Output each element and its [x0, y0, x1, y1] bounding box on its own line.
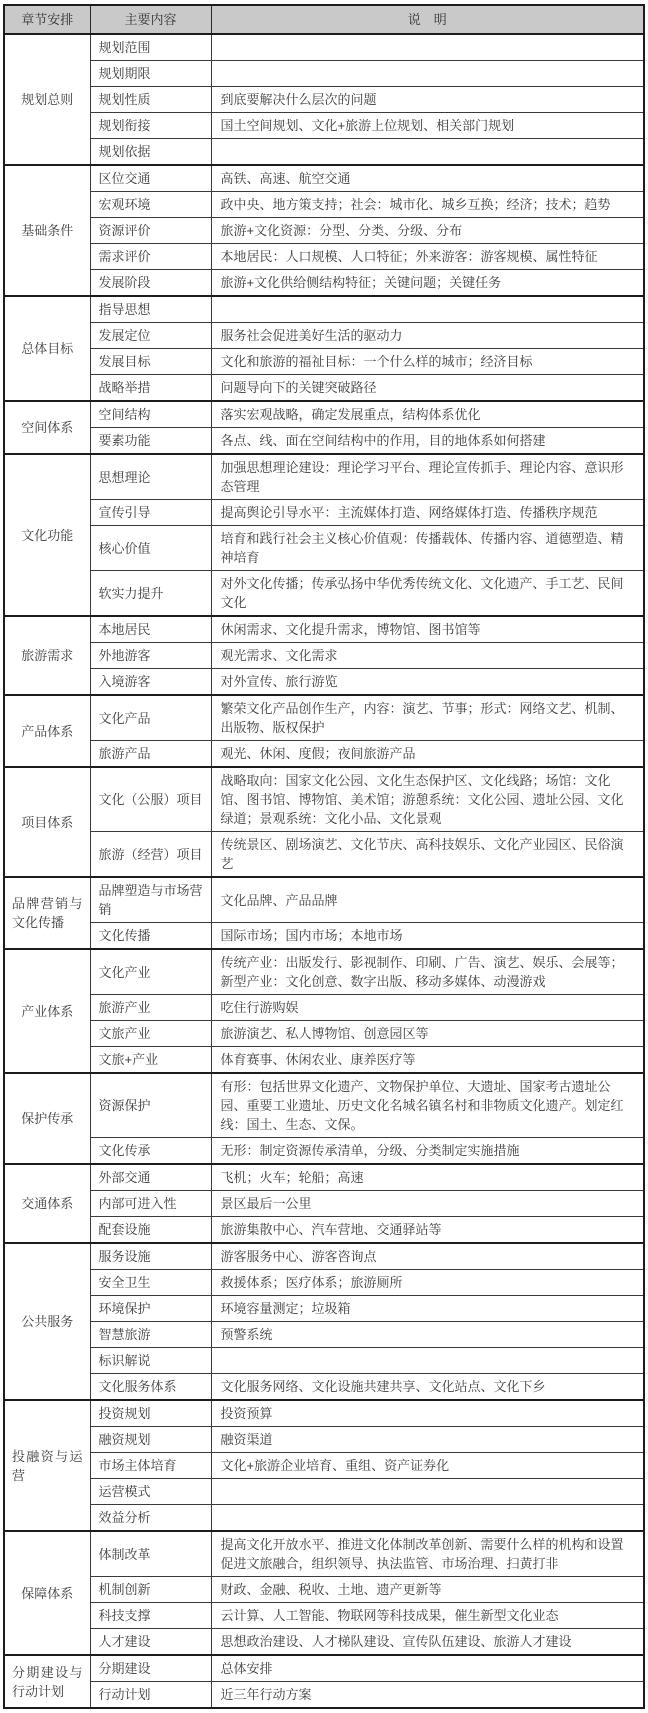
- content-cell: 标识解说: [90, 1348, 211, 1374]
- note-cell: 文化品牌、产品品牌: [211, 877, 644, 923]
- content-cell: 文化产业: [90, 949, 211, 995]
- note-cell: 国际市场；国内市场；本地市场: [211, 923, 644, 950]
- note-cell: 对外宣传、旅行游览: [211, 669, 644, 696]
- note-cell: 救援体系；医疗体系；旅游厕所: [211, 1270, 644, 1296]
- content-cell: 环境保护: [90, 1296, 211, 1322]
- chapter-cell: 品牌营销与文化传播: [4, 877, 90, 949]
- content-cell: 智慧旅游: [90, 1322, 211, 1348]
- content-cell: 机制创新: [90, 1577, 211, 1603]
- col-header-content: 主要内容: [90, 5, 211, 34]
- table-row: 旅游产业吃住行游购娱: [4, 995, 644, 1021]
- content-cell: 文化服务体系: [90, 1374, 211, 1401]
- chapter-cell: 产业体系: [4, 949, 90, 1073]
- content-cell: 宏观环境: [90, 192, 211, 218]
- table-row: 旅游产品观光、休闲、度假；夜间旅游产品: [4, 741, 644, 768]
- note-cell: 文化服务网络、文化设施共建共享、文化站点、文化下乡: [211, 1374, 644, 1401]
- content-cell: 文化产品: [90, 695, 211, 741]
- note-cell: [211, 1348, 644, 1374]
- chapter-cell: 空间体系: [4, 401, 90, 454]
- content-cell: 文旅+产业: [90, 1047, 211, 1074]
- chapter-cell: 投融资与运营: [4, 1400, 90, 1531]
- note-cell: 观光需求、文化需求: [211, 643, 644, 669]
- content-cell: 文化（公服）项目: [90, 767, 211, 832]
- table-row: 市场主体培育文化+旅游企业培育、重组、资产证券化: [4, 1453, 644, 1479]
- content-cell: 规划衔接: [90, 113, 211, 139]
- table-row: 发展阶段旅游+文化供给侧结构特征；关键问题；关键任务: [4, 270, 644, 297]
- table-row: 产业体系文化产业传统产业：出版发行、影视制作、印刷、广告、演艺、娱乐、会展等；新…: [4, 949, 644, 995]
- table-row: 发展目标文化和旅游的福祉目标：一个什么样的城市；经济目标: [4, 349, 644, 375]
- table-row: 文旅产业旅游演艺、私人博物馆、创意园区等: [4, 1021, 644, 1047]
- note-cell: 各点、线、面在空间结构中的作用，目的地体系如何搭建: [211, 428, 644, 455]
- note-cell: [211, 61, 644, 87]
- chapter-cell: 旅游需求: [4, 616, 90, 695]
- note-cell: 到底要解决什么层次的问题: [211, 87, 644, 113]
- table-row: 软实力提升对外文化传播；传承弘扬中华优秀传统文化、文化遗产、手工艺、民间文化: [4, 571, 644, 617]
- content-cell: 核心价值: [90, 526, 211, 571]
- table-row: 战略举措问题导向下的关键突破路径: [4, 375, 644, 402]
- table-row: 环境保护环境容量测定；垃圾箱: [4, 1296, 644, 1322]
- chapter-cell: 产品体系: [4, 695, 90, 767]
- note-cell: 文化+旅游企业培育、重组、资产证券化: [211, 1453, 644, 1479]
- table-row: 投融资与运营投资规划投资预算: [4, 1400, 644, 1427]
- table-row: 规划衔接国土空间规划、文化+旅游上位规划、相关部门规划: [4, 113, 644, 139]
- note-cell: 财政、金融、税收、土地、遗产更新等: [211, 1577, 644, 1603]
- note-cell: 旅游+文化资源：分型、分类、分级、分布: [211, 218, 644, 244]
- content-cell: 品牌塑造与市场营销: [90, 877, 211, 923]
- note-cell: 游客服务中心、游客咨询点: [211, 1243, 644, 1270]
- note-cell: 旅游集散中心、汽车营地、交通驿站等: [211, 1217, 644, 1244]
- table-row: 入境游客对外宣传、旅行游览: [4, 669, 644, 696]
- note-cell: 旅游+文化供给侧结构特征；关键问题；关键任务: [211, 270, 644, 297]
- content-cell: 需求评价: [90, 244, 211, 270]
- note-cell: 观光、休闲、度假；夜间旅游产品: [211, 741, 644, 768]
- content-cell: 发展阶段: [90, 270, 211, 297]
- chapter-cell: 基础条件: [4, 165, 90, 296]
- note-cell: 传统产业：出版发行、影视制作、印刷、广告、演艺、娱乐、会展等；新型产业：文化创意…: [211, 949, 644, 995]
- note-cell: 飞机；火车；轮船；高速: [211, 1164, 644, 1191]
- note-cell: 环境容量测定；垃圾箱: [211, 1296, 644, 1322]
- note-cell: 预警系统: [211, 1322, 644, 1348]
- table-row: 公共服务服务设施游客服务中心、游客咨询点: [4, 1243, 644, 1270]
- table-row: 空间体系空间结构落实宏观战略，确定发展重点，结构体系优化: [4, 401, 644, 428]
- content-cell: 资源评价: [90, 218, 211, 244]
- content-cell: 人才建设: [90, 1629, 211, 1656]
- table-row: 文旅+产业体育赛事、休闲农业、康养医疗等: [4, 1047, 644, 1074]
- table-row: 宣传引导提高舆论引导水平：主流媒体打造、网络媒体打造、传播秩序规范: [4, 500, 644, 526]
- note-cell: 投资预算: [211, 1400, 644, 1427]
- note-cell: 总体安排: [211, 1655, 644, 1682]
- table-row: 安全卫生救援体系；医疗体系；旅游厕所: [4, 1270, 644, 1296]
- chapter-cell: 文化功能: [4, 454, 90, 616]
- note-cell: 休闲需求、文化提升需求，博物馆、图书馆等: [211, 616, 644, 643]
- table-row: 标识解说: [4, 1348, 644, 1374]
- chapter-cell: 保障体系: [4, 1531, 90, 1655]
- note-cell: 文化和旅游的福祉目标：一个什么样的城市；经济目标: [211, 349, 644, 375]
- chapter-cell: 交通体系: [4, 1164, 90, 1243]
- content-cell: 规划性质: [90, 87, 211, 113]
- content-cell: 宣传引导: [90, 500, 211, 526]
- note-cell: [211, 139, 644, 166]
- table-row: 文化服务体系文化服务网络、文化设施共建共享、文化站点、文化下乡: [4, 1374, 644, 1401]
- note-cell: [211, 296, 644, 323]
- table-row: 规划依据: [4, 139, 644, 166]
- content-cell: 文化传承: [90, 1138, 211, 1165]
- content-cell: 运营模式: [90, 1479, 211, 1505]
- table-row: 行动计划近三年行动方案: [4, 1682, 644, 1709]
- table-row: 基础条件区位交通高铁、高速、航空交通: [4, 165, 644, 192]
- content-cell: 发展定位: [90, 323, 211, 349]
- table-row: 智慧旅游预警系统: [4, 1322, 644, 1348]
- table-row: 保护传承资源保护有形：包括世界文化遗产、文物保护单位、大遗址、国家考古遗址公园、…: [4, 1073, 644, 1138]
- chapter-cell: 公共服务: [4, 1243, 90, 1400]
- table-row: 内部可进入性景区最后一公里: [4, 1191, 644, 1217]
- table-body: 规划总则规划范围规划期限规划性质到底要解决什么层次的问题规划衔接国土空间规划、文…: [4, 34, 644, 1708]
- document-page: 章节安排 主要内容 说 明 规划总则规划范围规划期限规划性质到底要解决什么层次的…: [0, 0, 648, 1713]
- note-cell: 政中央、地方策支持；社会：城市化、城乡互换；经济；技术；趋势: [211, 192, 644, 218]
- content-cell: 科技支撑: [90, 1603, 211, 1629]
- content-cell: 安全卫生: [90, 1270, 211, 1296]
- content-cell: 规划期限: [90, 61, 211, 87]
- content-cell: 旅游产品: [90, 741, 211, 768]
- header-row: 章节安排 主要内容 说 明: [4, 5, 644, 34]
- note-cell: [211, 34, 644, 61]
- content-cell: 资源保护: [90, 1073, 211, 1138]
- note-cell: 培育和践行社会主义核心价值观：传播载体、传播内容、道德塑造、精神培育: [211, 526, 644, 571]
- content-cell: 要素功能: [90, 428, 211, 455]
- note-cell: [211, 1505, 644, 1532]
- content-cell: 战略举措: [90, 375, 211, 402]
- note-cell: 对外文化传播；传承弘扬中华优秀传统文化、文化遗产、手工艺、民间文化: [211, 571, 644, 617]
- table-row: 规划期限: [4, 61, 644, 87]
- table-row: 运营模式: [4, 1479, 644, 1505]
- content-cell: 入境游客: [90, 669, 211, 696]
- table-row: 文化传播国际市场；国内市场；本地市场: [4, 923, 644, 950]
- table-row: 交通体系外部交通飞机；火车；轮船；高速: [4, 1164, 644, 1191]
- note-cell: 云计算、人工智能、物联网等科技成果，催生新型文化业态: [211, 1603, 644, 1629]
- note-cell: 加强思想理论建设：理论学习平台、理论宣传抓手、理论内容、意识形态管理: [211, 454, 644, 500]
- table-row: 机制创新财政、金融、税收、土地、遗产更新等: [4, 1577, 644, 1603]
- table-row: 规划性质到底要解决什么层次的问题: [4, 87, 644, 113]
- table-header: 章节安排 主要内容 说 明: [4, 5, 644, 34]
- note-cell: 近三年行动方案: [211, 1682, 644, 1709]
- content-cell: 旅游（经营）项目: [90, 832, 211, 878]
- table-row: 要素功能各点、线、面在空间结构中的作用，目的地体系如何搭建: [4, 428, 644, 455]
- table-row: 项目体系文化（公服）项目战略取向：国家文化公园、文化生态保护区、文化线路；场馆：…: [4, 767, 644, 832]
- content-cell: 外地游客: [90, 643, 211, 669]
- table-row: 外地游客观光需求、文化需求: [4, 643, 644, 669]
- table-row: 核心价值培育和践行社会主义核心价值观：传播载体、传播内容、道德塑造、精神培育: [4, 526, 644, 571]
- col-header-note: 说 明: [211, 5, 644, 34]
- col-header-chapter: 章节安排: [4, 5, 90, 34]
- content-cell: 体制改革: [90, 1531, 211, 1577]
- content-cell: 分期建设: [90, 1655, 211, 1682]
- note-cell: 战略取向：国家文化公园、文化生态保护区、文化线路；场馆：文化馆、图书馆、博物馆、…: [211, 767, 644, 832]
- note-cell: 旅游演艺、私人博物馆、创意园区等: [211, 1021, 644, 1047]
- note-cell: 景区最后一公里: [211, 1191, 644, 1217]
- content-cell: 指导思想: [90, 296, 211, 323]
- note-cell: 繁荣文化产品创作生产，内容：演艺、节事；形式：网络文艺、机制、出版物、版权保护: [211, 695, 644, 741]
- note-cell: 提高舆论引导水平：主流媒体打造、网络媒体打造、传播秩序规范: [211, 500, 644, 526]
- content-cell: 发展目标: [90, 349, 211, 375]
- table-row: 效益分析: [4, 1505, 644, 1532]
- table-row: 发展定位服务社会促进美好生活的驱动力: [4, 323, 644, 349]
- chapter-cell: 分期建设与行动计划: [4, 1655, 90, 1708]
- content-cell: 思想理论: [90, 454, 211, 500]
- note-cell: 传统景区、剧场演艺、文化节庆、高科技娱乐、文化产业园区、民俗演艺: [211, 832, 644, 878]
- note-cell: 本地居民：人口规模、人口特征；外来游客：游客规模、属性特征: [211, 244, 644, 270]
- table-row: 融资规划融资渠道: [4, 1427, 644, 1453]
- content-cell: 空间结构: [90, 401, 211, 428]
- content-cell: 区位交通: [90, 165, 211, 192]
- content-cell: 规划范围: [90, 34, 211, 61]
- note-cell: 提高文化开放水平、推进文化体制改革创新、需要什么样的机构和设置促进文旅融合，组织…: [211, 1531, 644, 1577]
- content-cell: 软实力提升: [90, 571, 211, 617]
- note-cell: 国土空间规划、文化+旅游上位规划、相关部门规划: [211, 113, 644, 139]
- content-cell: 本地居民: [90, 616, 211, 643]
- content-cell: 规划依据: [90, 139, 211, 166]
- table-row: 产品体系文化产品繁荣文化产品创作生产，内容：演艺、节事；形式：网络文艺、机制、出…: [4, 695, 644, 741]
- table-row: 分期建设与行动计划分期建设总体安排: [4, 1655, 644, 1682]
- note-cell: 体育赛事、休闲农业、康养医疗等: [211, 1047, 644, 1074]
- note-cell: 吃住行游购娱: [211, 995, 644, 1021]
- note-cell: 服务社会促进美好生活的驱动力: [211, 323, 644, 349]
- chapter-cell: 项目体系: [4, 767, 90, 877]
- table-row: 文化传承无形：制定资源传承清单，分级、分类制定实施措施: [4, 1138, 644, 1165]
- planning-outline-table: 章节安排 主要内容 说 明 规划总则规划范围规划期限规划性质到底要解决什么层次的…: [3, 4, 645, 1709]
- note-cell: 高铁、高速、航空交通: [211, 165, 644, 192]
- content-cell: 市场主体培育: [90, 1453, 211, 1479]
- content-cell: 文旅产业: [90, 1021, 211, 1047]
- chapter-cell: 保护传承: [4, 1073, 90, 1164]
- content-cell: 投资规划: [90, 1400, 211, 1427]
- content-cell: 融资规划: [90, 1427, 211, 1453]
- content-cell: 内部可进入性: [90, 1191, 211, 1217]
- content-cell: 效益分析: [90, 1505, 211, 1532]
- table-row: 规划总则规划范围: [4, 34, 644, 61]
- note-cell: 无形：制定资源传承清单，分级、分类制定实施措施: [211, 1138, 644, 1165]
- content-cell: 配套设施: [90, 1217, 211, 1244]
- table-row: 总体目标指导思想: [4, 296, 644, 323]
- chapter-cell: 规划总则: [4, 34, 90, 165]
- content-cell: 外部交通: [90, 1164, 211, 1191]
- table-row: 文化功能思想理论加强思想理论建设：理论学习平台、理论宣传抓手、理论内容、意识形态…: [4, 454, 644, 500]
- table-row: 品牌营销与文化传播品牌塑造与市场营销文化品牌、产品品牌: [4, 877, 644, 923]
- table-row: 资源评价旅游+文化资源：分型、分类、分级、分布: [4, 218, 644, 244]
- table-row: 保障体系体制改革提高文化开放水平、推进文化体制改革创新、需要什么样的机构和设置促…: [4, 1531, 644, 1577]
- content-cell: 行动计划: [90, 1682, 211, 1709]
- table-row: 旅游（经营）项目传统景区、剧场演艺、文化节庆、高科技娱乐、文化产业园区、民俗演艺: [4, 832, 644, 878]
- table-row: 配套设施旅游集散中心、汽车营地、交通驿站等: [4, 1217, 644, 1244]
- table-row: 宏观环境政中央、地方策支持；社会：城市化、城乡互换；经济；技术；趋势: [4, 192, 644, 218]
- note-cell: 有形：包括世界文化遗产、文物保护单位、大遗址、国家考古遗址公园、重要工业遗址、历…: [211, 1073, 644, 1138]
- table-row: 旅游需求本地居民休闲需求、文化提升需求，博物馆、图书馆等: [4, 616, 644, 643]
- table-row: 科技支撑云计算、人工智能、物联网等科技成果，催生新型文化业态: [4, 1603, 644, 1629]
- content-cell: 文化传播: [90, 923, 211, 950]
- chapter-cell: 总体目标: [4, 296, 90, 401]
- content-cell: 旅游产业: [90, 995, 211, 1021]
- table-row: 需求评价本地居民：人口规模、人口特征；外来游客：游客规模、属性特征: [4, 244, 644, 270]
- note-cell: [211, 1479, 644, 1505]
- note-cell: 思想政治建设、人才梯队建设、宣传队伍建设、旅游人才建设: [211, 1629, 644, 1656]
- table-row: 人才建设思想政治建设、人才梯队建设、宣传队伍建设、旅游人才建设: [4, 1629, 644, 1656]
- content-cell: 服务设施: [90, 1243, 211, 1270]
- note-cell: 落实宏观战略，确定发展重点，结构体系优化: [211, 401, 644, 428]
- note-cell: 融资渠道: [211, 1427, 644, 1453]
- note-cell: 问题导向下的关键突破路径: [211, 375, 644, 402]
